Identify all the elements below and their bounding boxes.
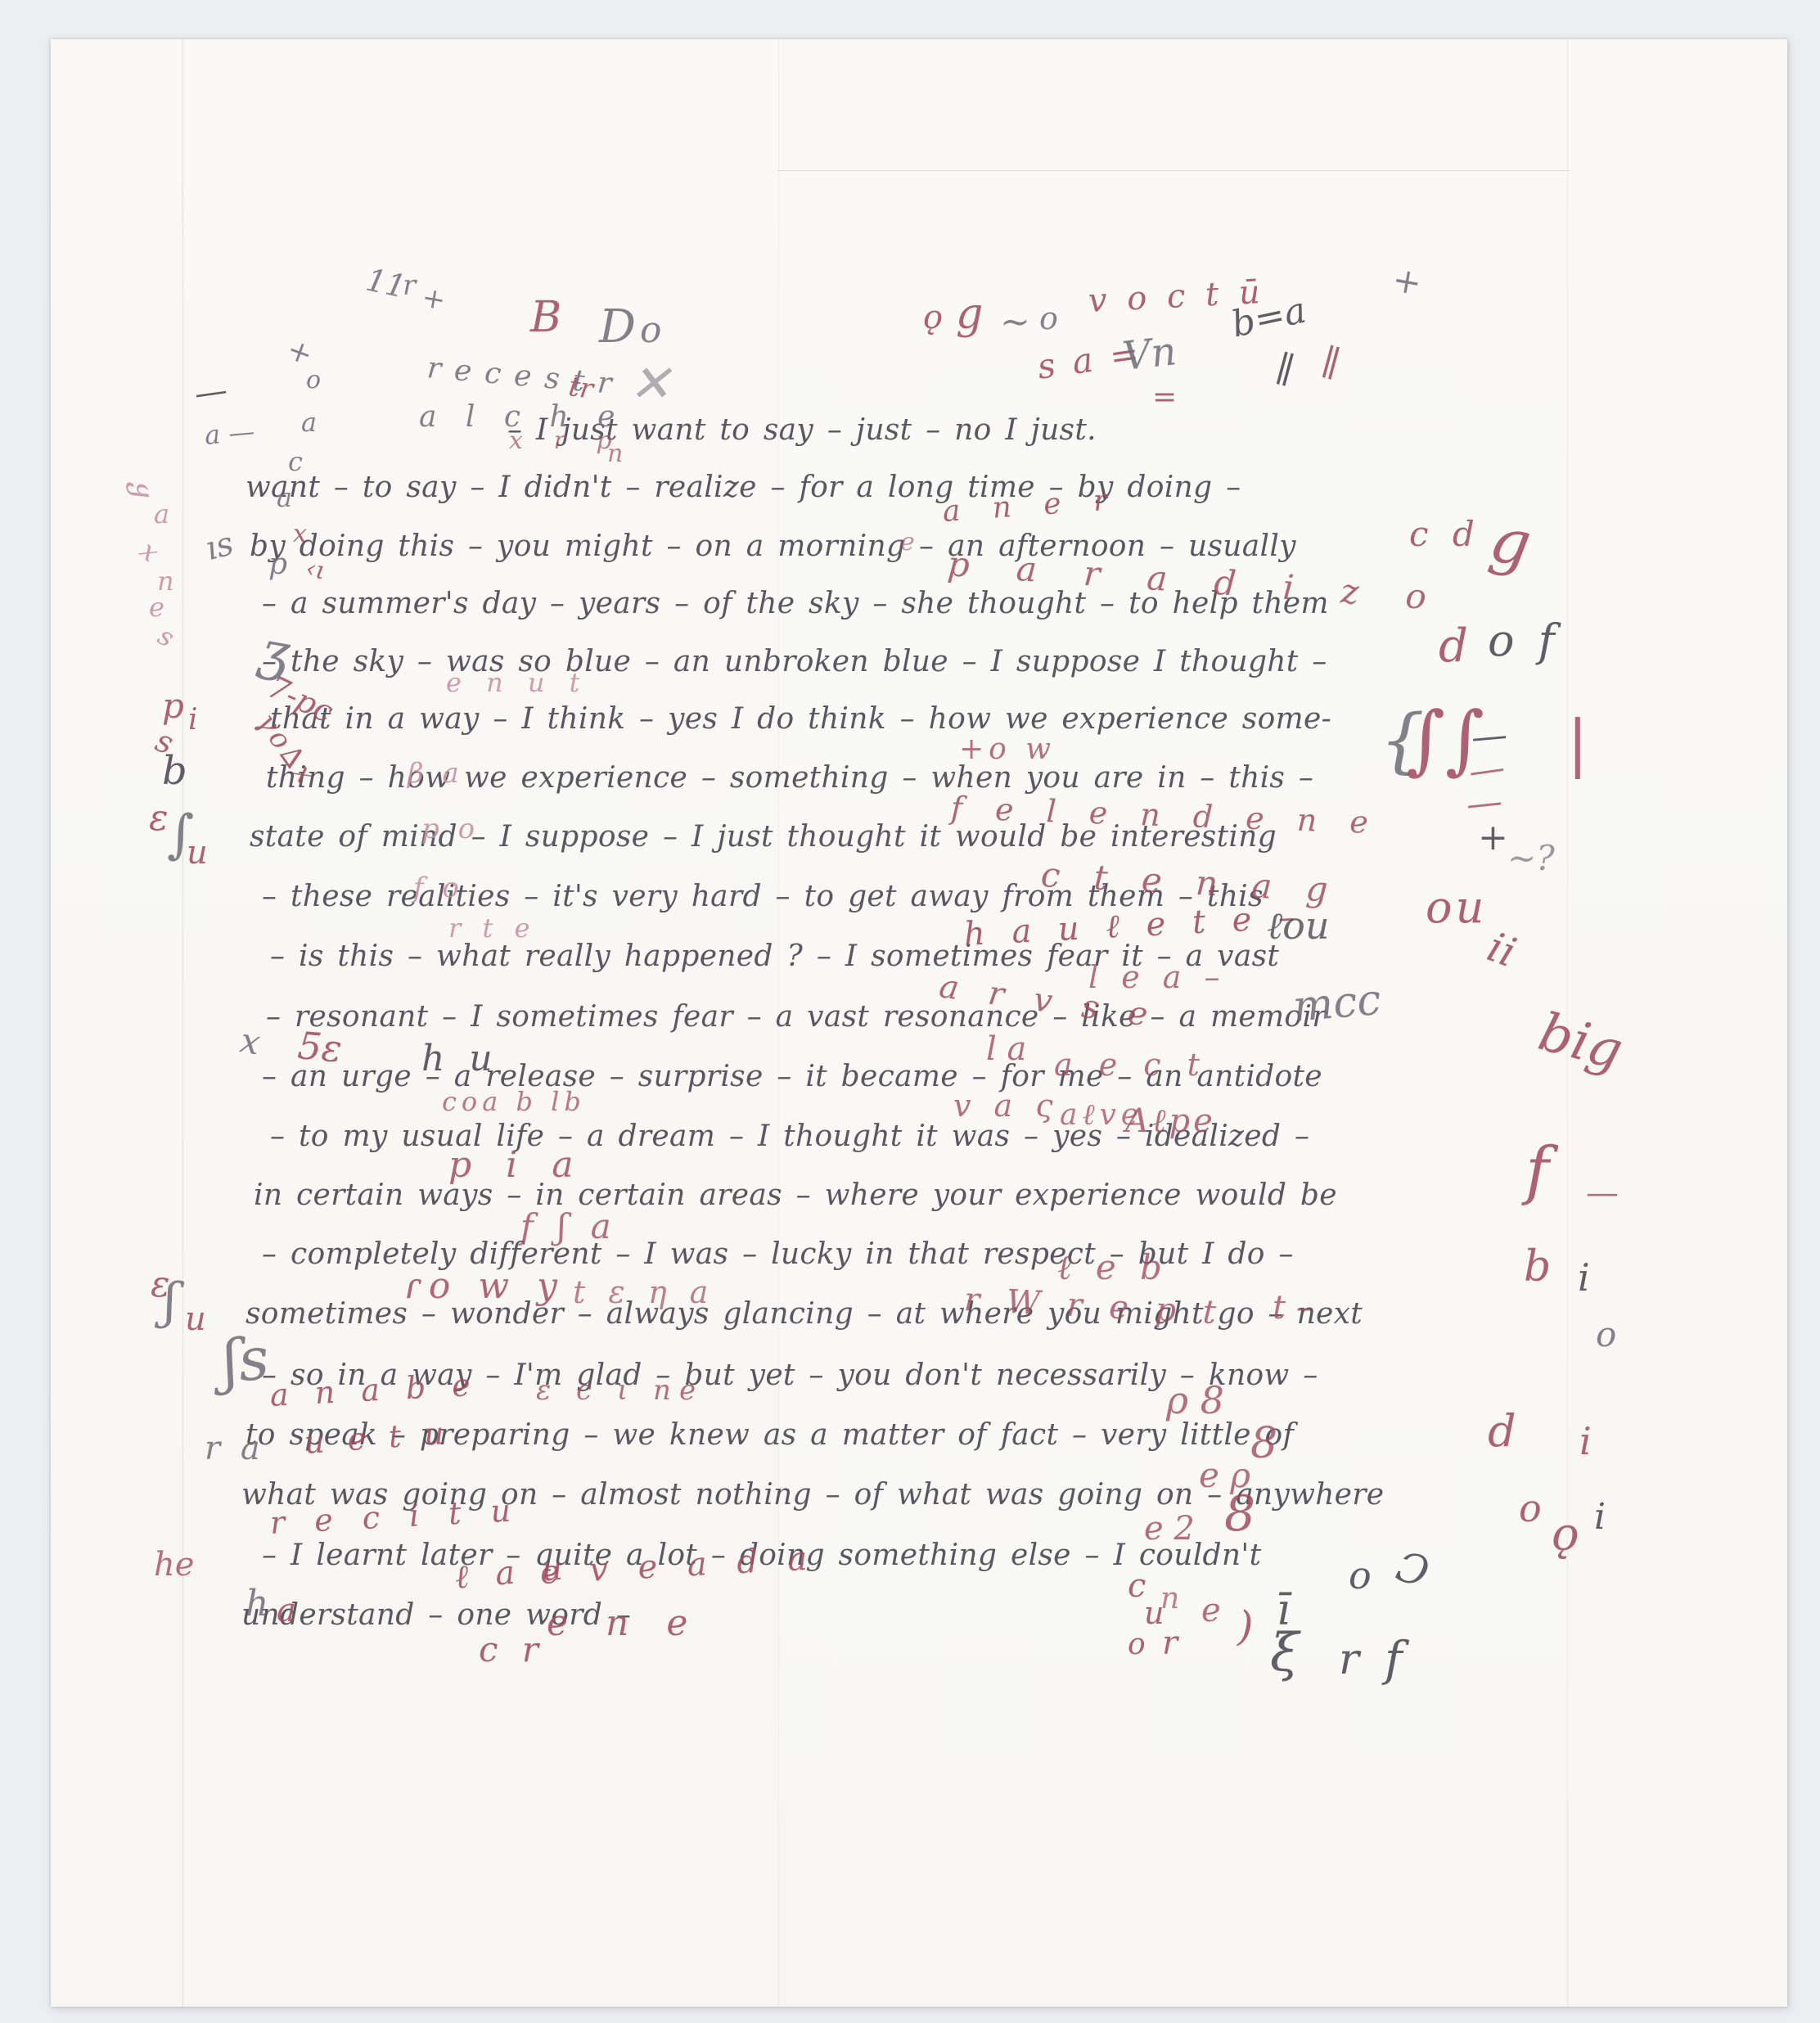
scatter-mark: c — [288, 448, 303, 475]
scatter-mark: a e c t — [1054, 1049, 1208, 1080]
scatter-mark: he — [154, 1548, 194, 1581]
scatter-mark: ǫ — [1552, 1512, 1579, 1558]
scatter-mark: n — [157, 568, 174, 594]
scatter-mark: o — [1519, 1489, 1542, 1527]
scatter-mark: +o w — [959, 735, 1056, 764]
scatter-mark: a — — [204, 418, 256, 448]
scatter-mark: 5ε — [296, 1026, 344, 1068]
scatter-mark: r — [403, 272, 416, 300]
scatter-mark: ρ 8 — [1166, 1381, 1224, 1419]
scatter-mark: mcc — [1291, 979, 1383, 1029]
scatter-mark: coa b lb — [442, 1088, 586, 1115]
scatter-mark: ξ — [1270, 1627, 1299, 1679]
scatter-mark: o f — [1488, 619, 1560, 663]
scatter-mark: ∥ — [1272, 351, 1297, 390]
scatter-mark: b — [162, 751, 187, 791]
scatter-mark: n — [607, 442, 623, 466]
scatter-mark: u — [185, 1303, 206, 1336]
scatter-mark: p i a — [448, 1147, 584, 1183]
manuscript-line: in certain ways – in certain areas – whe… — [254, 1178, 1337, 1212]
scatter-mark: v a ς — [953, 1090, 1060, 1121]
scatter-mark: + — [420, 283, 448, 314]
scatter-mark: o — [1128, 1630, 1146, 1660]
scatter-mark: ıs — [202, 527, 237, 565]
scatter-mark: ✕ — [628, 358, 671, 409]
scatter-mark: p o — [421, 815, 480, 843]
scatter-mark: i — [1578, 1259, 1590, 1296]
scatter-mark: ou — [1426, 885, 1487, 930]
scatter-mark: l a — [986, 1033, 1026, 1066]
scatter-mark: c d — [1409, 517, 1481, 552]
scatter-mark: ℓ e b — [1057, 1250, 1169, 1285]
scatter-mark: p — [162, 689, 184, 723]
scatter-mark: f — [1385, 1635, 1402, 1683]
scatter-mark: Ɔ — [1393, 1546, 1434, 1593]
scatter-mark: h u — [421, 1041, 499, 1077]
scatter-mark: recestr — [426, 354, 625, 400]
scatter-mark: B — [530, 296, 561, 339]
scatter-mark: d — [1439, 624, 1468, 669]
scatter-mark: c r — [479, 1633, 545, 1667]
scatter-mark: + — [1390, 262, 1424, 300]
scatter-mark: = — [1152, 383, 1177, 412]
scatter-mark: o — [1039, 303, 1058, 334]
scatter-mark: D — [599, 304, 636, 350]
scatter-mark: — — [192, 374, 229, 411]
scatter-mark: r — [1339, 1638, 1359, 1681]
scatter-mark: ʃs — [220, 1328, 272, 1391]
scatter-mark: ყ — [127, 480, 157, 500]
scatter-mark: s — [154, 622, 178, 651]
scatter-mark: e n u t — [446, 669, 588, 696]
scatter-mark: b — [1524, 1246, 1551, 1288]
scatter-mark: Aℓpe — [1125, 1105, 1216, 1138]
scatter-mark: e — [149, 594, 164, 620]
scatter-mark: ɾo w y — [404, 1268, 565, 1304]
scatter-mark: a n a b e — [269, 1369, 480, 1411]
scatter-mark: 8 — [1224, 1489, 1255, 1539]
scatter-mark: ∥ — [1318, 345, 1343, 384]
scatter-mark: e n e — [547, 1606, 701, 1642]
scatter-mark: ε c ι ne — [536, 1376, 704, 1404]
scatter-mark: e — [1201, 1594, 1221, 1627]
manuscript-line: – resonant – I sometimes fear – a vast r… — [266, 1000, 1327, 1034]
scatter-mark: i — [1579, 1422, 1592, 1460]
scatter-mark: e 2 — [1144, 1512, 1195, 1545]
scatter-mark: 11 — [363, 264, 408, 302]
manuscript-paper: – I just want to say – just – no I just.… — [51, 39, 1787, 2007]
scatter-mark: e — [900, 530, 915, 555]
scatter-mark: n — [1160, 1584, 1179, 1614]
scatter-mark: a — [277, 1594, 296, 1627]
scatter-mark: g — [1485, 508, 1535, 576]
scatter-mark: ε — [149, 800, 169, 836]
scatter-mark: tr — [567, 372, 595, 403]
scatter-mark: x r p — [509, 429, 624, 453]
scatter-mark: g — [956, 293, 983, 336]
scatter-mark: u e t u — [304, 1417, 452, 1458]
scatter-mark: Vn — [1120, 331, 1178, 376]
scatter-mark: ǫ — [923, 301, 943, 334]
manuscript-line: – the sky – was so blue – an unbroken bl… — [262, 645, 1327, 678]
scatter-mark: a — [301, 409, 317, 435]
scatter-mark: ~ — [1000, 304, 1030, 340]
scatter-mark: ‹ι — [304, 556, 327, 584]
scatter-mark: a — [154, 501, 169, 527]
scatter-mark: r a — [205, 1432, 265, 1465]
scatter-mark: p — [268, 550, 287, 579]
scatter-mark: f — [1525, 1139, 1549, 1203]
scatter-mark: a — [277, 484, 292, 511]
scatter-mark: f ʃ a — [520, 1210, 618, 1244]
scatter-mark: x — [237, 1023, 263, 1060]
scatter-mark: ii — [1482, 926, 1520, 974]
scatter-mark: | — [1567, 712, 1588, 774]
scatter-mark: i — [188, 705, 198, 735]
scatter-mark: β a — [408, 759, 464, 787]
scatter-mark: i — [1594, 1499, 1606, 1535]
scatter-mark: r — [1162, 1627, 1178, 1660]
scatter-mark: ) — [1237, 1606, 1254, 1647]
scatter-mark: ℓou — [1267, 907, 1329, 944]
scatter-mark: ʃ — [164, 1277, 177, 1326]
scatter-mark: l e a – — [1088, 962, 1227, 993]
paper-crease — [182, 39, 185, 2007]
scatter-mark: t ε η a — [573, 1277, 714, 1308]
scatter-mark: — — [1586, 1177, 1619, 1210]
scatter-mark: x — [293, 522, 307, 547]
scatter-mark: o — [1596, 1318, 1616, 1352]
scatter-mark: u — [187, 836, 208, 869]
scatter-mark: big — [1534, 1006, 1628, 1078]
scatter-mark: o — [1349, 1557, 1372, 1594]
scatter-mark: o — [640, 313, 662, 349]
scan-background: – I just want to say – just – no I just.… — [0, 0, 1820, 2023]
scatter-mark: f o — [413, 874, 464, 902]
scatter-mark: + — [1478, 820, 1508, 856]
manuscript-line: that in a way – I think – yes I do think… — [270, 702, 1331, 736]
scatter-mark: h — [246, 1586, 268, 1622]
scatter-mark: o — [306, 368, 321, 393]
scatter-mark: x — [136, 537, 164, 566]
scatter-mark: ~? — [1507, 841, 1555, 876]
scatter-mark: r t e — [448, 915, 536, 941]
scatter-mark: t – — [1273, 1291, 1313, 1324]
scatter-mark: d — [1488, 1409, 1516, 1453]
scatter-mark: 8 — [1250, 1422, 1277, 1465]
